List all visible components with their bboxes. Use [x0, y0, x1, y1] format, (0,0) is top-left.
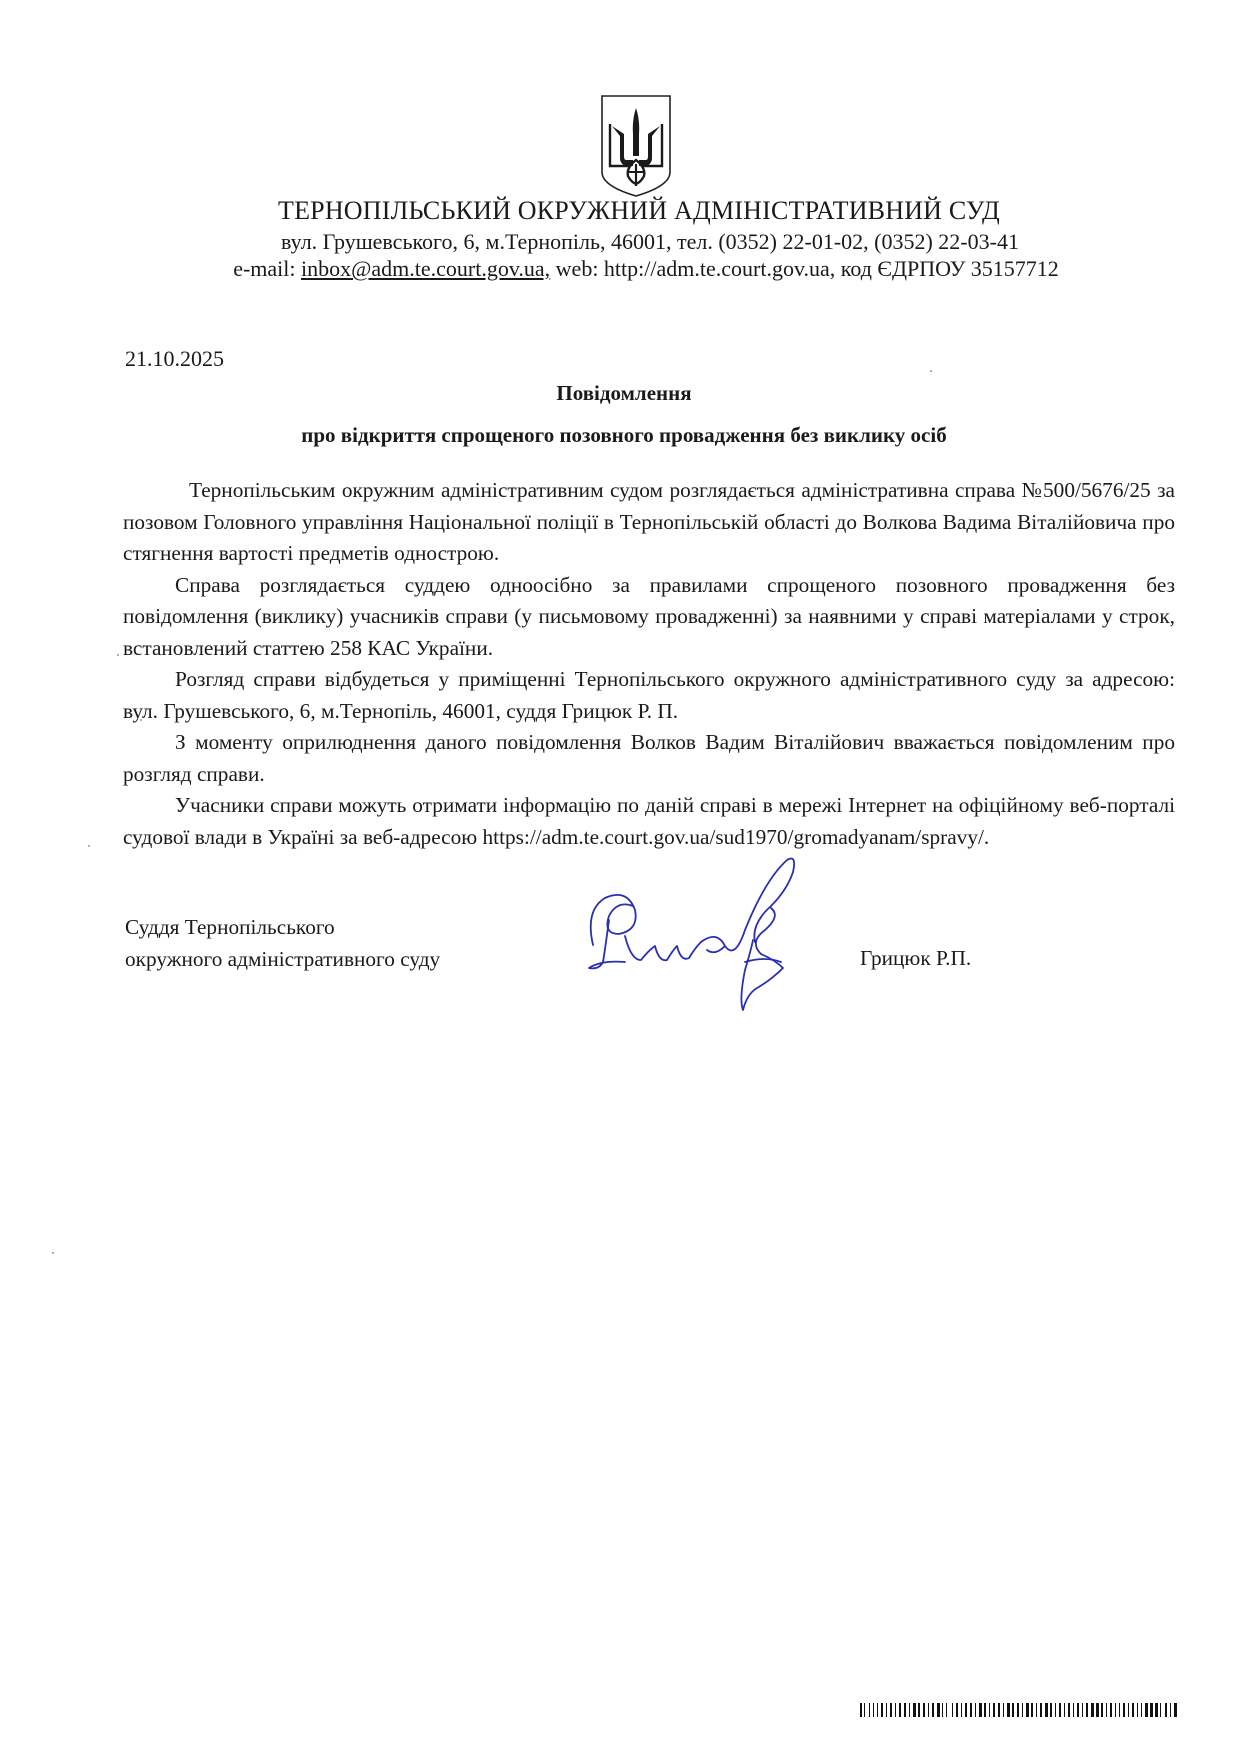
court-name: ТЕРНОПІЛЬСЬКИЙ ОКРУЖНИЙ АДМІНІСТРАТИВНИЙ… [0, 196, 1240, 226]
signer-position-line1: Суддя Тернопільського [125, 912, 440, 944]
court-notice-page: ТЕРНОПІЛЬСЬКИЙ ОКРУЖНИЙ АДМІНІСТРАТИВНИЙ… [0, 0, 1240, 1754]
document-date: 21.10.2025 [125, 346, 224, 372]
paragraph-online-info: Учасники справи можуть отримати інформац… [123, 790, 1175, 853]
coat-of-arms-trident-icon [600, 94, 672, 198]
court-address-phone: вул. Грушевського, 6, м.Тернопіль, 46001… [0, 229, 1240, 255]
signer-position: Суддя Тернопільського окружного адмініст… [125, 912, 440, 975]
paragraph-location: Розгляд справи відбудеться у приміщенні … [123, 664, 1175, 727]
paragraph-procedure: Справа розглядається суддею одноосібно з… [123, 570, 1175, 665]
web-and-code: web: http://adm.te.court.gov.ua, код ЄДР… [550, 256, 1059, 281]
email-label: e-mail: [233, 256, 301, 281]
notice-title: Повідомлення [0, 380, 1240, 406]
signer-position-line2: окружного адміністративного суду [125, 944, 440, 976]
notice-subtitle: про відкриття спрощеного позовного прова… [0, 422, 1240, 448]
paragraph-notification: З моменту оприлюднення даного повідомлен… [123, 727, 1175, 790]
barcode-icon [860, 1703, 1180, 1717]
handwritten-signature [575, 850, 865, 1025]
notice-body: Тернопільським окружним адміністративним… [123, 475, 1175, 853]
paragraph-case-info: Тернопільським окружним адміністративним… [123, 475, 1175, 570]
court-contacts: e-mail: inbox@adm.te.court.gov.ua, web: … [0, 256, 1240, 282]
email-link[interactable]: inbox@adm.te.court.gov.ua, [301, 256, 550, 281]
signer-name: Грицюк Р.П. [860, 943, 971, 975]
